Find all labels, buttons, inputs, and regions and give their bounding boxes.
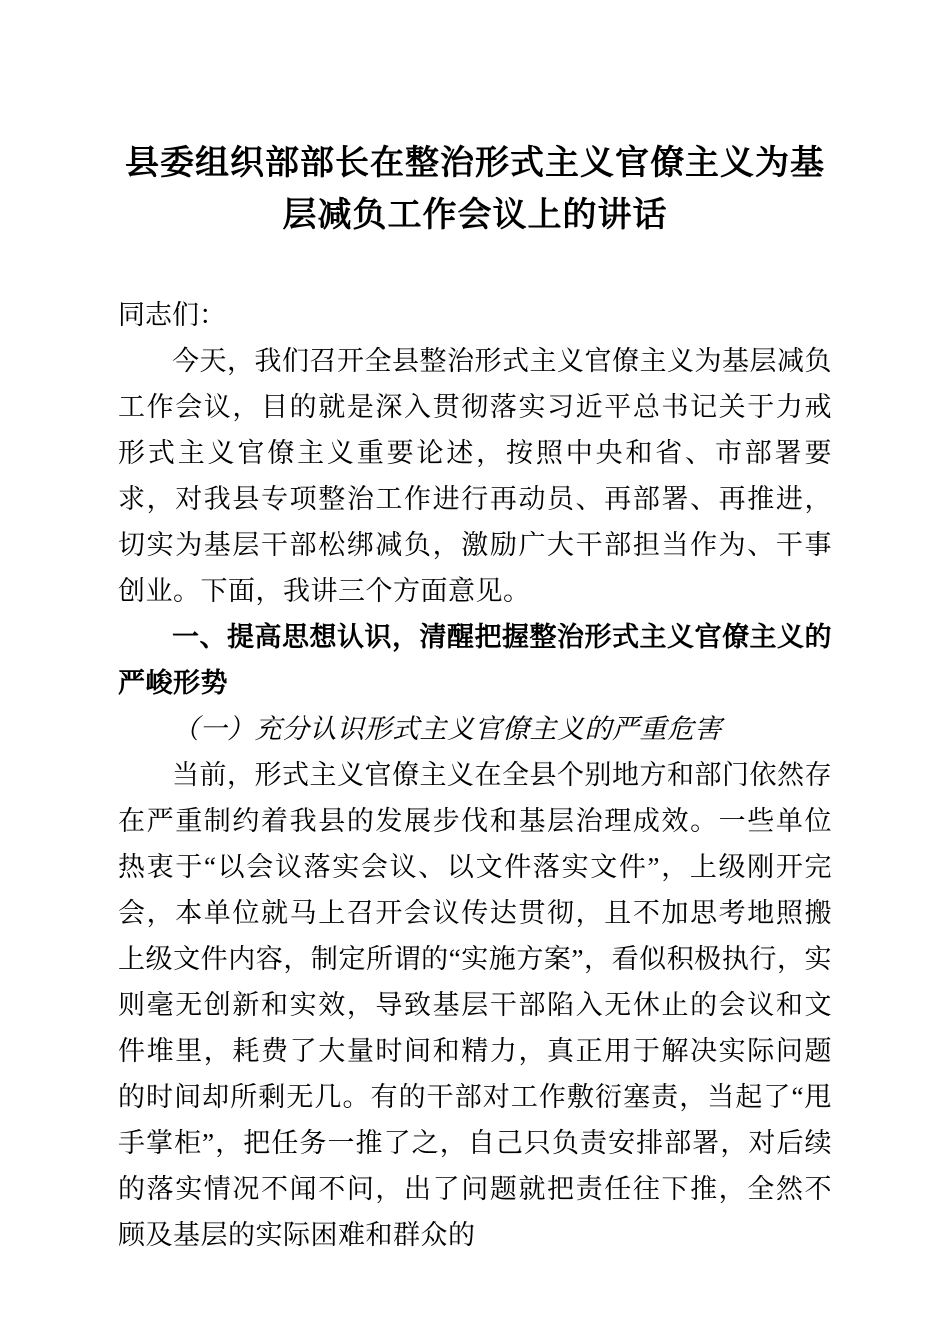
section-1-heading: 一、提高思想认识，清醒把握整治形式主义官僚主义的严峻形势: [118, 614, 832, 706]
document-title: 县委组织部部长在整治形式主义官僚主义为基层减负工作会议上的讲话: [118, 138, 832, 242]
subsection-1-1-heading: （一）充分认识形式主义官僚主义的严重危害: [118, 706, 832, 752]
subsection-1-1-paragraph: 当前，形式主义官僚主义在全县个别地方和部门依然存在严重制约着我县的发展步伐和基层…: [118, 752, 832, 1258]
document-page: 县委组织部部长在整治形式主义官僚主义为基层减负工作会议上的讲话 同志们： 今天，…: [0, 0, 950, 1344]
salutation: 同志们：: [118, 292, 832, 338]
opening-paragraph: 今天，我们召开全县整治形式主义官僚主义为基层减负工作会议，目的就是深入贯彻落实习…: [118, 338, 832, 614]
